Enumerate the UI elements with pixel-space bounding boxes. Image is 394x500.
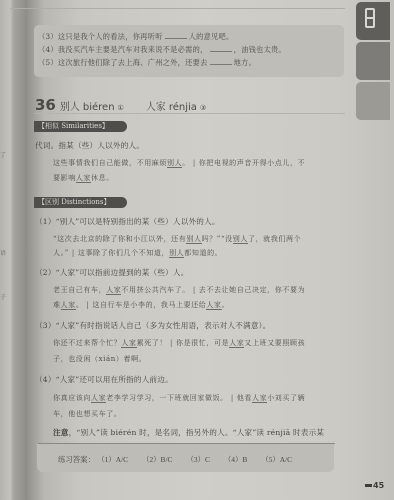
distinction-point-1: （1）“别人”可以是特别指出的某（些）人以外的人。 <box>35 216 220 227</box>
adjacent-page-fragment: 子 <box>0 292 14 301</box>
dash-icon <box>365 484 372 487</box>
answer-item: （3）C <box>186 455 209 464</box>
distinction-point-2: （2）“人家”可以指前边提到的某（些）人。 <box>35 267 189 278</box>
distinction-2-example-line-2: 难人家。|这自行车是小李的，我马上要还给人家。 <box>53 300 229 310</box>
distinction-4-example-line-2: 车，他也想买车了。 <box>53 409 121 419</box>
similarities-label: 【相似 Similarities】 <box>34 121 127 132</box>
textbook-page: 了 语 子 （3）这只是我个人的看法，你再听听人的意见吧。 （4）我没买汽车主要… <box>0 0 394 500</box>
item-text: 人的意见吧。 <box>189 32 234 41</box>
chapter-tab[interactable] <box>356 82 390 120</box>
distinction-3-example-line-1: 你还不过来帮个忙？人家累死了！|你是很忙，可是人家又上班又要照顾孩 <box>53 338 305 348</box>
answer-blank[interactable] <box>210 58 232 65</box>
entry-pinyin-2: rénjia <box>169 102 197 113</box>
chapter-tab-b[interactable]: B <box>356 2 390 40</box>
exercise-item-4: （4）我没买汽车主要是汽车对我来说不是必需的，，油钱也太贵。 <box>38 45 286 55</box>
answer-item: （2）B/C <box>142 455 172 464</box>
answer-item: （4）B <box>224 455 247 464</box>
entry-heading: 36别人biéren①人家rénjia③ <box>35 95 206 114</box>
entry-pinyin-1: biéren <box>83 102 115 113</box>
distinction-4-example-line-1: 你真应该向人家老李学习学习，一下班就回家做饭。|他看人家小刘买了辆 <box>53 393 305 403</box>
exercise-item-5: （5）这次旅行他们除了去上海、广州之外，还要去地方。 <box>38 58 256 68</box>
answer-blank[interactable] <box>210 45 232 52</box>
distinction-1-example-line-2: 人。”|这事除了你们几个不知道，别人都知道的。 <box>53 248 222 258</box>
answer-item: （5）A/C <box>261 455 292 464</box>
exercise-answers: 练习答案：（1）A/C（2）B/C（3）C（4）B（5）A/C <box>58 454 306 465</box>
distinction-point-4: （4）“人家”还可以用在所指的人前边。 <box>35 374 173 385</box>
item-number: （5） <box>38 58 58 67</box>
page-number: 45 <box>365 481 384 490</box>
distinction-point-3: （3）“人家”有时指说话人自己（多为女性用语，表示对人不满意）。 <box>35 320 270 331</box>
answer-blank[interactable] <box>165 32 187 39</box>
entry-word-1: 别人 <box>60 102 80 113</box>
item-text: 地方。 <box>234 58 256 67</box>
distinction-2-example-line-1: 老王自己有车，人家不用挤公共汽车了。|去不去让她自己决定，你不要为 <box>53 285 305 295</box>
item-text: ，油钱也太贵。 <box>234 45 286 54</box>
distinctions-label: 【区别 Distinctions】 <box>34 197 127 208</box>
entry-level-2: ③ <box>200 104 206 112</box>
item-text: 这只是我个人的看法，你再听听 <box>58 32 163 41</box>
exercise-item-3: （3）这只是我个人的看法，你再听听人的意见吧。 <box>38 32 234 42</box>
chapter-tab[interactable] <box>356 42 390 80</box>
item-number: （3） <box>38 32 58 41</box>
distinction-3-example-line-2: 子，也没闲（xián）着啊。 <box>53 354 146 364</box>
adjacent-page-fragment: 语 <box>0 248 14 257</box>
letter-b-icon: B <box>365 8 375 28</box>
top-rule <box>10 8 345 9</box>
similarities-definition: 代词。指某（些）人以外的人。 <box>35 140 144 151</box>
distinction-1-example-line-1: “这次去北京的除了你和小江以外，还有别人吗？”“没别人了，就我们两个 <box>53 234 301 244</box>
item-text: 我没买汽车主要是汽车对我来说不是必需的， <box>58 45 208 54</box>
answer-item: （1）A/C <box>101 455 128 464</box>
similarities-example-line-1: 这些事情我们自己能做，不用麻烦别人。|你把电视的声音开得小点儿，不 <box>53 158 305 168</box>
usage-note: 注意，“别人”读 biérén 时，是名词，指另外的人。“人家”读 rénjiā… <box>53 427 324 438</box>
entry-number: 36 <box>35 96 56 114</box>
answers-label: 练习答案： <box>58 455 95 464</box>
entry-level-1: ① <box>118 104 124 112</box>
item-text: 这次旅行他们除了去上海、广州之外，还要去 <box>58 58 208 67</box>
title-rule <box>35 113 345 114</box>
entry-word-2: 人家 <box>146 102 166 113</box>
adjacent-page-fragment: 了 <box>0 150 14 159</box>
item-number: （4） <box>38 45 58 54</box>
similarities-example-line-2: 要影响人家休息。 <box>53 173 114 183</box>
